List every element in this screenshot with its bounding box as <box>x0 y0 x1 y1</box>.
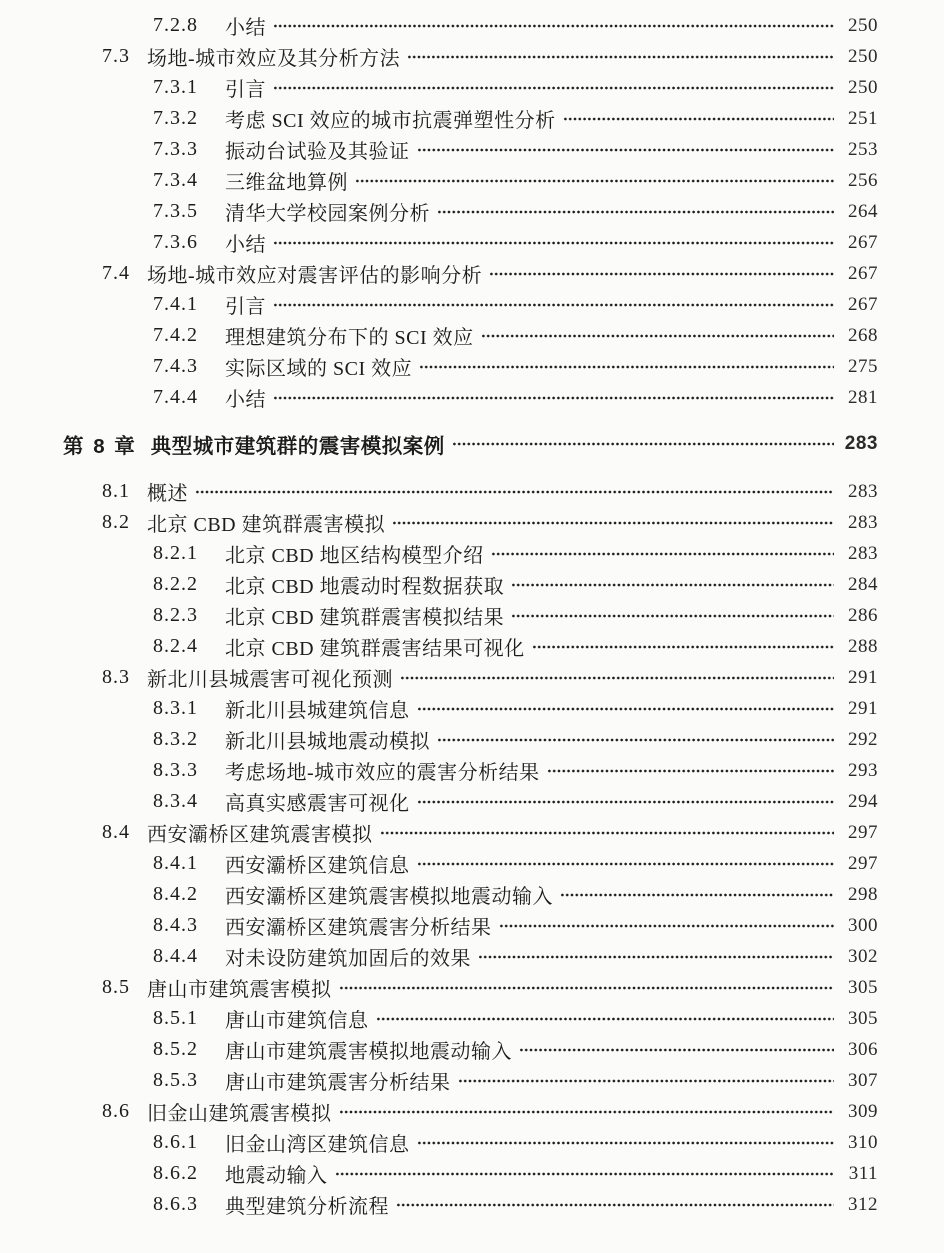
entry-title: 概述 <box>147 477 188 506</box>
page-number: 283 <box>842 512 878 534</box>
dot-leader <box>452 434 834 454</box>
entry-title: 北京 CBD 建筑群震害模拟结果 <box>225 601 504 630</box>
toc-entry: 7.4.4 小结 281 <box>63 382 878 413</box>
dot-leader <box>335 1164 835 1184</box>
entry-number: 7.3 <box>102 45 147 68</box>
dot-leader <box>380 823 835 843</box>
entry-number: 8.6.2 <box>153 1162 225 1185</box>
toc-page: 7.2.8 小结 250 7.3 场地-城市效应及其分析方法 250 7.3.1… <box>0 0 944 1253</box>
entry-number: 7.3.2 <box>153 107 225 130</box>
toc-entry: 7.2.8 小结 250 <box>63 10 878 41</box>
dot-leader <box>547 761 834 781</box>
entry-title: 考虑场地-城市效应的震害分析结果 <box>225 756 540 785</box>
toc-entry: 7.4.2 理想建筑分布下的 SCI 效应 268 <box>63 320 878 351</box>
page-number: 267 <box>842 263 878 285</box>
entry-title: 北京 CBD 地区结构模型介绍 <box>225 539 484 568</box>
entry-number: 8.4.4 <box>153 945 225 968</box>
entry-title: 西安灞桥区建筑震害分析结果 <box>225 911 492 940</box>
toc-entry: 8.2.1 北京 CBD 地区结构模型介绍 283 <box>63 538 878 569</box>
dot-leader <box>532 637 834 657</box>
entry-number: 7.4.1 <box>153 293 225 316</box>
entry-number: 7.3.4 <box>153 169 225 192</box>
toc-entry: 8.6 旧金山建筑震害模拟 309 <box>63 1096 878 1127</box>
entry-title: 典型建筑分析流程 <box>225 1190 389 1219</box>
entry-number: 7.4.4 <box>153 386 225 409</box>
entry-title: 小结 <box>225 11 266 40</box>
page-number: 305 <box>842 1008 878 1030</box>
toc-entry: 8.4.3 西安灞桥区建筑震害分析结果 300 <box>63 910 878 941</box>
dot-leader <box>419 357 834 377</box>
dot-leader <box>417 699 835 719</box>
entry-number: 8.2.3 <box>153 604 225 627</box>
toc-entry: 7.3.5 清华大学校园案例分析 264 <box>63 196 878 227</box>
entry-title: 北京 CBD 地震动时程数据获取 <box>225 570 504 599</box>
page-number: 250 <box>842 46 878 68</box>
page-number: 300 <box>842 915 878 937</box>
page-number: 311 <box>842 1163 878 1185</box>
entry-number: 8.3 <box>102 666 147 689</box>
entry-number: 8.2 <box>102 511 147 534</box>
dot-leader <box>417 1133 835 1153</box>
entry-number: 8.1 <box>102 480 147 503</box>
toc-entry: 8.2 北京 CBD 建筑群震害模拟 283 <box>63 507 878 538</box>
toc-entry: 8.5.2 唐山市建筑震害模拟地震动输入 306 <box>63 1034 878 1065</box>
dot-leader <box>417 854 835 874</box>
page-number: 307 <box>842 1070 878 1092</box>
dot-leader <box>273 233 834 253</box>
entry-title: 三维盆地算例 <box>225 166 348 195</box>
entry-number: 8.2.1 <box>153 542 225 565</box>
entry-title: 唐山市建筑震害模拟地震动输入 <box>225 1035 512 1064</box>
page-number: 250 <box>842 77 878 99</box>
toc-entry: 8.1 概述 283 <box>63 476 878 507</box>
entry-number: 8.2.2 <box>153 573 225 596</box>
toc-entry: 7.3.2 考虑 SCI 效应的城市抗震弹塑性分析 251 <box>63 103 878 134</box>
dot-leader <box>396 1195 834 1215</box>
toc-entry: 8.6.3 典型建筑分析流程 312 <box>63 1189 878 1220</box>
entry-title: 高真实感震害可视化 <box>225 787 410 816</box>
entry-title: 唐山市建筑震害模拟 <box>147 973 332 1002</box>
entry-number: 8.4.1 <box>153 852 225 875</box>
page-number: 267 <box>842 294 878 316</box>
entry-title: 唐山市建筑信息 <box>225 1004 369 1033</box>
dot-leader <box>339 978 835 998</box>
dot-leader <box>511 575 834 595</box>
page-number: 256 <box>842 170 878 192</box>
entry-title: 西安灞桥区建筑信息 <box>225 849 410 878</box>
entry-number: 7.2.8 <box>153 14 225 37</box>
toc-entry: 第 8 章 典型城市建筑群的震害模拟案例 283 <box>63 428 878 459</box>
dot-leader <box>481 326 834 346</box>
dot-leader <box>355 171 834 191</box>
entry-title: 引言 <box>225 73 266 102</box>
page-number: 286 <box>842 605 878 627</box>
dot-leader <box>195 482 834 502</box>
entry-number: 8.4 <box>102 821 147 844</box>
toc-entry: 8.5.1 唐山市建筑信息 305 <box>63 1003 878 1034</box>
page-number: 298 <box>842 884 878 906</box>
entry-title: 理想建筑分布下的 SCI 效应 <box>225 321 474 350</box>
dot-leader <box>417 792 835 812</box>
entry-title: 西安灞桥区建筑震害模拟 <box>147 818 373 847</box>
page-number: 284 <box>842 574 878 596</box>
dot-leader <box>407 47 834 67</box>
dot-leader <box>563 109 834 129</box>
entry-number: 7.4 <box>102 262 147 285</box>
entry-title: 北京 CBD 建筑群震害结果可视化 <box>225 632 525 661</box>
entry-title: 新北川县城震害可视化预测 <box>147 663 393 692</box>
toc-entry: 7.3.3 振动台试验及其验证 253 <box>63 134 878 165</box>
page-number: 264 <box>842 201 878 223</box>
dot-leader <box>400 668 834 688</box>
entry-title: 唐山市建筑震害分析结果 <box>225 1066 451 1095</box>
page-number: 297 <box>842 822 878 844</box>
toc-entry: 7.4.1 引言 267 <box>63 289 878 320</box>
page-number: 306 <box>842 1039 878 1061</box>
entry-number: 8.6.1 <box>153 1131 225 1154</box>
dot-leader <box>489 264 834 284</box>
entry-number: 7.3.1 <box>153 76 225 99</box>
entry-title: 北京 CBD 建筑群震害模拟 <box>147 508 385 537</box>
entry-number: 8.6.3 <box>153 1193 225 1216</box>
dot-leader <box>560 885 834 905</box>
entry-title: 对未设防建筑加固后的效果 <box>225 942 471 971</box>
page-number: 283 <box>842 481 878 503</box>
dot-leader <box>491 544 834 564</box>
toc-entry: 8.3.4 高真实感震害可视化 294 <box>63 786 878 817</box>
dot-leader <box>458 1071 835 1091</box>
page-number: 283 <box>842 433 878 455</box>
entry-number: 8.3.4 <box>153 790 225 813</box>
page-number: 267 <box>842 232 878 254</box>
page-number: 293 <box>842 760 878 782</box>
page-number: 283 <box>842 543 878 565</box>
entry-title: 清华大学校园案例分析 <box>225 197 430 226</box>
page-number: 288 <box>842 636 878 658</box>
entry-number: 8.5.1 <box>153 1007 225 1030</box>
dot-leader <box>339 1102 835 1122</box>
page-number: 292 <box>842 729 878 751</box>
toc-entry: 8.5.3 唐山市建筑震害分析结果 307 <box>63 1065 878 1096</box>
dot-leader <box>519 1040 834 1060</box>
entry-number: 7.3.6 <box>153 231 225 254</box>
page-number: 302 <box>842 946 878 968</box>
entry-title: 典型城市建筑群的震害模拟案例 <box>151 429 445 459</box>
page-number: 250 <box>842 15 878 37</box>
entry-title: 场地-城市效应对震害评估的影响分析 <box>147 259 482 288</box>
toc-entry: 8.4.2 西安灞桥区建筑震害模拟地震动输入 298 <box>63 879 878 910</box>
entry-number: 8.5 <box>102 976 147 999</box>
entry-number: 7.4.3 <box>153 355 225 378</box>
dot-leader <box>511 606 834 626</box>
entry-number: 8.5.2 <box>153 1038 225 1061</box>
page-number: 281 <box>842 387 878 409</box>
toc-entry: 8.3.3 考虑场地-城市效应的震害分析结果 293 <box>63 755 878 786</box>
entry-title: 考虑 SCI 效应的城市抗震弹塑性分析 <box>225 104 556 133</box>
entry-number: 8.2.4 <box>153 635 225 658</box>
toc-entry: 7.4.3 实际区域的 SCI 效应 275 <box>63 351 878 382</box>
entry-title: 实际区域的 SCI 效应 <box>225 352 412 381</box>
entry-title: 小结 <box>225 383 266 412</box>
dot-leader <box>273 295 834 315</box>
toc-entry: 7.3.4 三维盆地算例 256 <box>63 165 878 196</box>
toc-entry: 8.2.2 北京 CBD 地震动时程数据获取 284 <box>63 569 878 600</box>
toc-entry: 7.3 场地-城市效应及其分析方法 250 <box>63 41 878 72</box>
entry-title: 新北川县城地震动模拟 <box>225 725 430 754</box>
toc-entry: 8.4.4 对未设防建筑加固后的效果 302 <box>63 941 878 972</box>
toc-entry: 8.4.1 西安灞桥区建筑信息 297 <box>63 848 878 879</box>
entry-title: 引言 <box>225 290 266 319</box>
entry-number: 8.3.1 <box>153 697 225 720</box>
toc-entry: 8.6.2 地震动输入 311 <box>63 1158 878 1189</box>
entry-number: 7.3.3 <box>153 138 225 161</box>
toc-entry: 8.3.2 新北川县城地震动模拟 292 <box>63 724 878 755</box>
toc-entry: 8.6.1 旧金山湾区建筑信息 310 <box>63 1127 878 1158</box>
entry-number: 8.4.2 <box>153 883 225 906</box>
page-number: 312 <box>842 1194 878 1216</box>
dot-leader <box>273 78 834 98</box>
toc-list: 7.2.8 小结 250 7.3 场地-城市效应及其分析方法 250 7.3.1… <box>63 10 878 1220</box>
entry-number: 8.3.3 <box>153 759 225 782</box>
page-number: 297 <box>842 853 878 875</box>
page-number: 291 <box>842 667 878 689</box>
toc-entry: 8.3.1 新北川县城建筑信息 291 <box>63 693 878 724</box>
entry-number: 8.5.3 <box>153 1069 225 1092</box>
dot-leader <box>417 140 835 160</box>
page-number: 291 <box>842 698 878 720</box>
toc-entry: 7.3.6 小结 267 <box>63 227 878 258</box>
page-number: 251 <box>842 108 878 130</box>
dot-leader <box>478 947 834 967</box>
entry-number: 8.4.3 <box>153 914 225 937</box>
page-number: 268 <box>842 325 878 347</box>
entry-title: 场地-城市效应及其分析方法 <box>147 42 400 71</box>
toc-entry: 8.3 新北川县城震害可视化预测 291 <box>63 662 878 693</box>
entry-number: 8.6 <box>102 1100 147 1123</box>
page-number: 275 <box>842 356 878 378</box>
dot-leader <box>437 730 834 750</box>
toc-entry: 7.4 场地-城市效应对震害评估的影响分析 267 <box>63 258 878 289</box>
dot-leader <box>392 513 834 533</box>
entry-title: 地震动输入 <box>225 1159 328 1188</box>
entry-number: 第 8 章 <box>63 429 137 459</box>
entry-number: 7.4.2 <box>153 324 225 347</box>
entry-title: 小结 <box>225 228 266 257</box>
entry-title: 旧金山建筑震害模拟 <box>147 1097 332 1126</box>
toc-entry: 8.2.4 北京 CBD 建筑群震害结果可视化 288 <box>63 631 878 662</box>
dot-leader <box>437 202 834 222</box>
page-number: 305 <box>842 977 878 999</box>
dot-leader <box>376 1009 835 1029</box>
toc-entry: 8.2.3 北京 CBD 建筑群震害模拟结果 286 <box>63 600 878 631</box>
entry-number: 8.3.2 <box>153 728 225 751</box>
page-number: 253 <box>842 139 878 161</box>
entry-title: 西安灞桥区建筑震害模拟地震动输入 <box>225 880 553 909</box>
dot-leader <box>499 916 835 936</box>
entry-title: 旧金山湾区建筑信息 <box>225 1128 410 1157</box>
page-number: 310 <box>842 1132 878 1154</box>
dot-leader <box>273 16 834 36</box>
page-number: 309 <box>842 1101 878 1123</box>
dot-leader <box>273 388 834 408</box>
entry-title: 新北川县城建筑信息 <box>225 694 410 723</box>
toc-entry: 8.5 唐山市建筑震害模拟 305 <box>63 972 878 1003</box>
toc-entry: 7.3.1 引言 250 <box>63 72 878 103</box>
toc-entry: 8.4 西安灞桥区建筑震害模拟 297 <box>63 817 878 848</box>
entry-number: 7.3.5 <box>153 200 225 223</box>
entry-title: 振动台试验及其验证 <box>225 135 410 164</box>
page-number: 294 <box>842 791 878 813</box>
